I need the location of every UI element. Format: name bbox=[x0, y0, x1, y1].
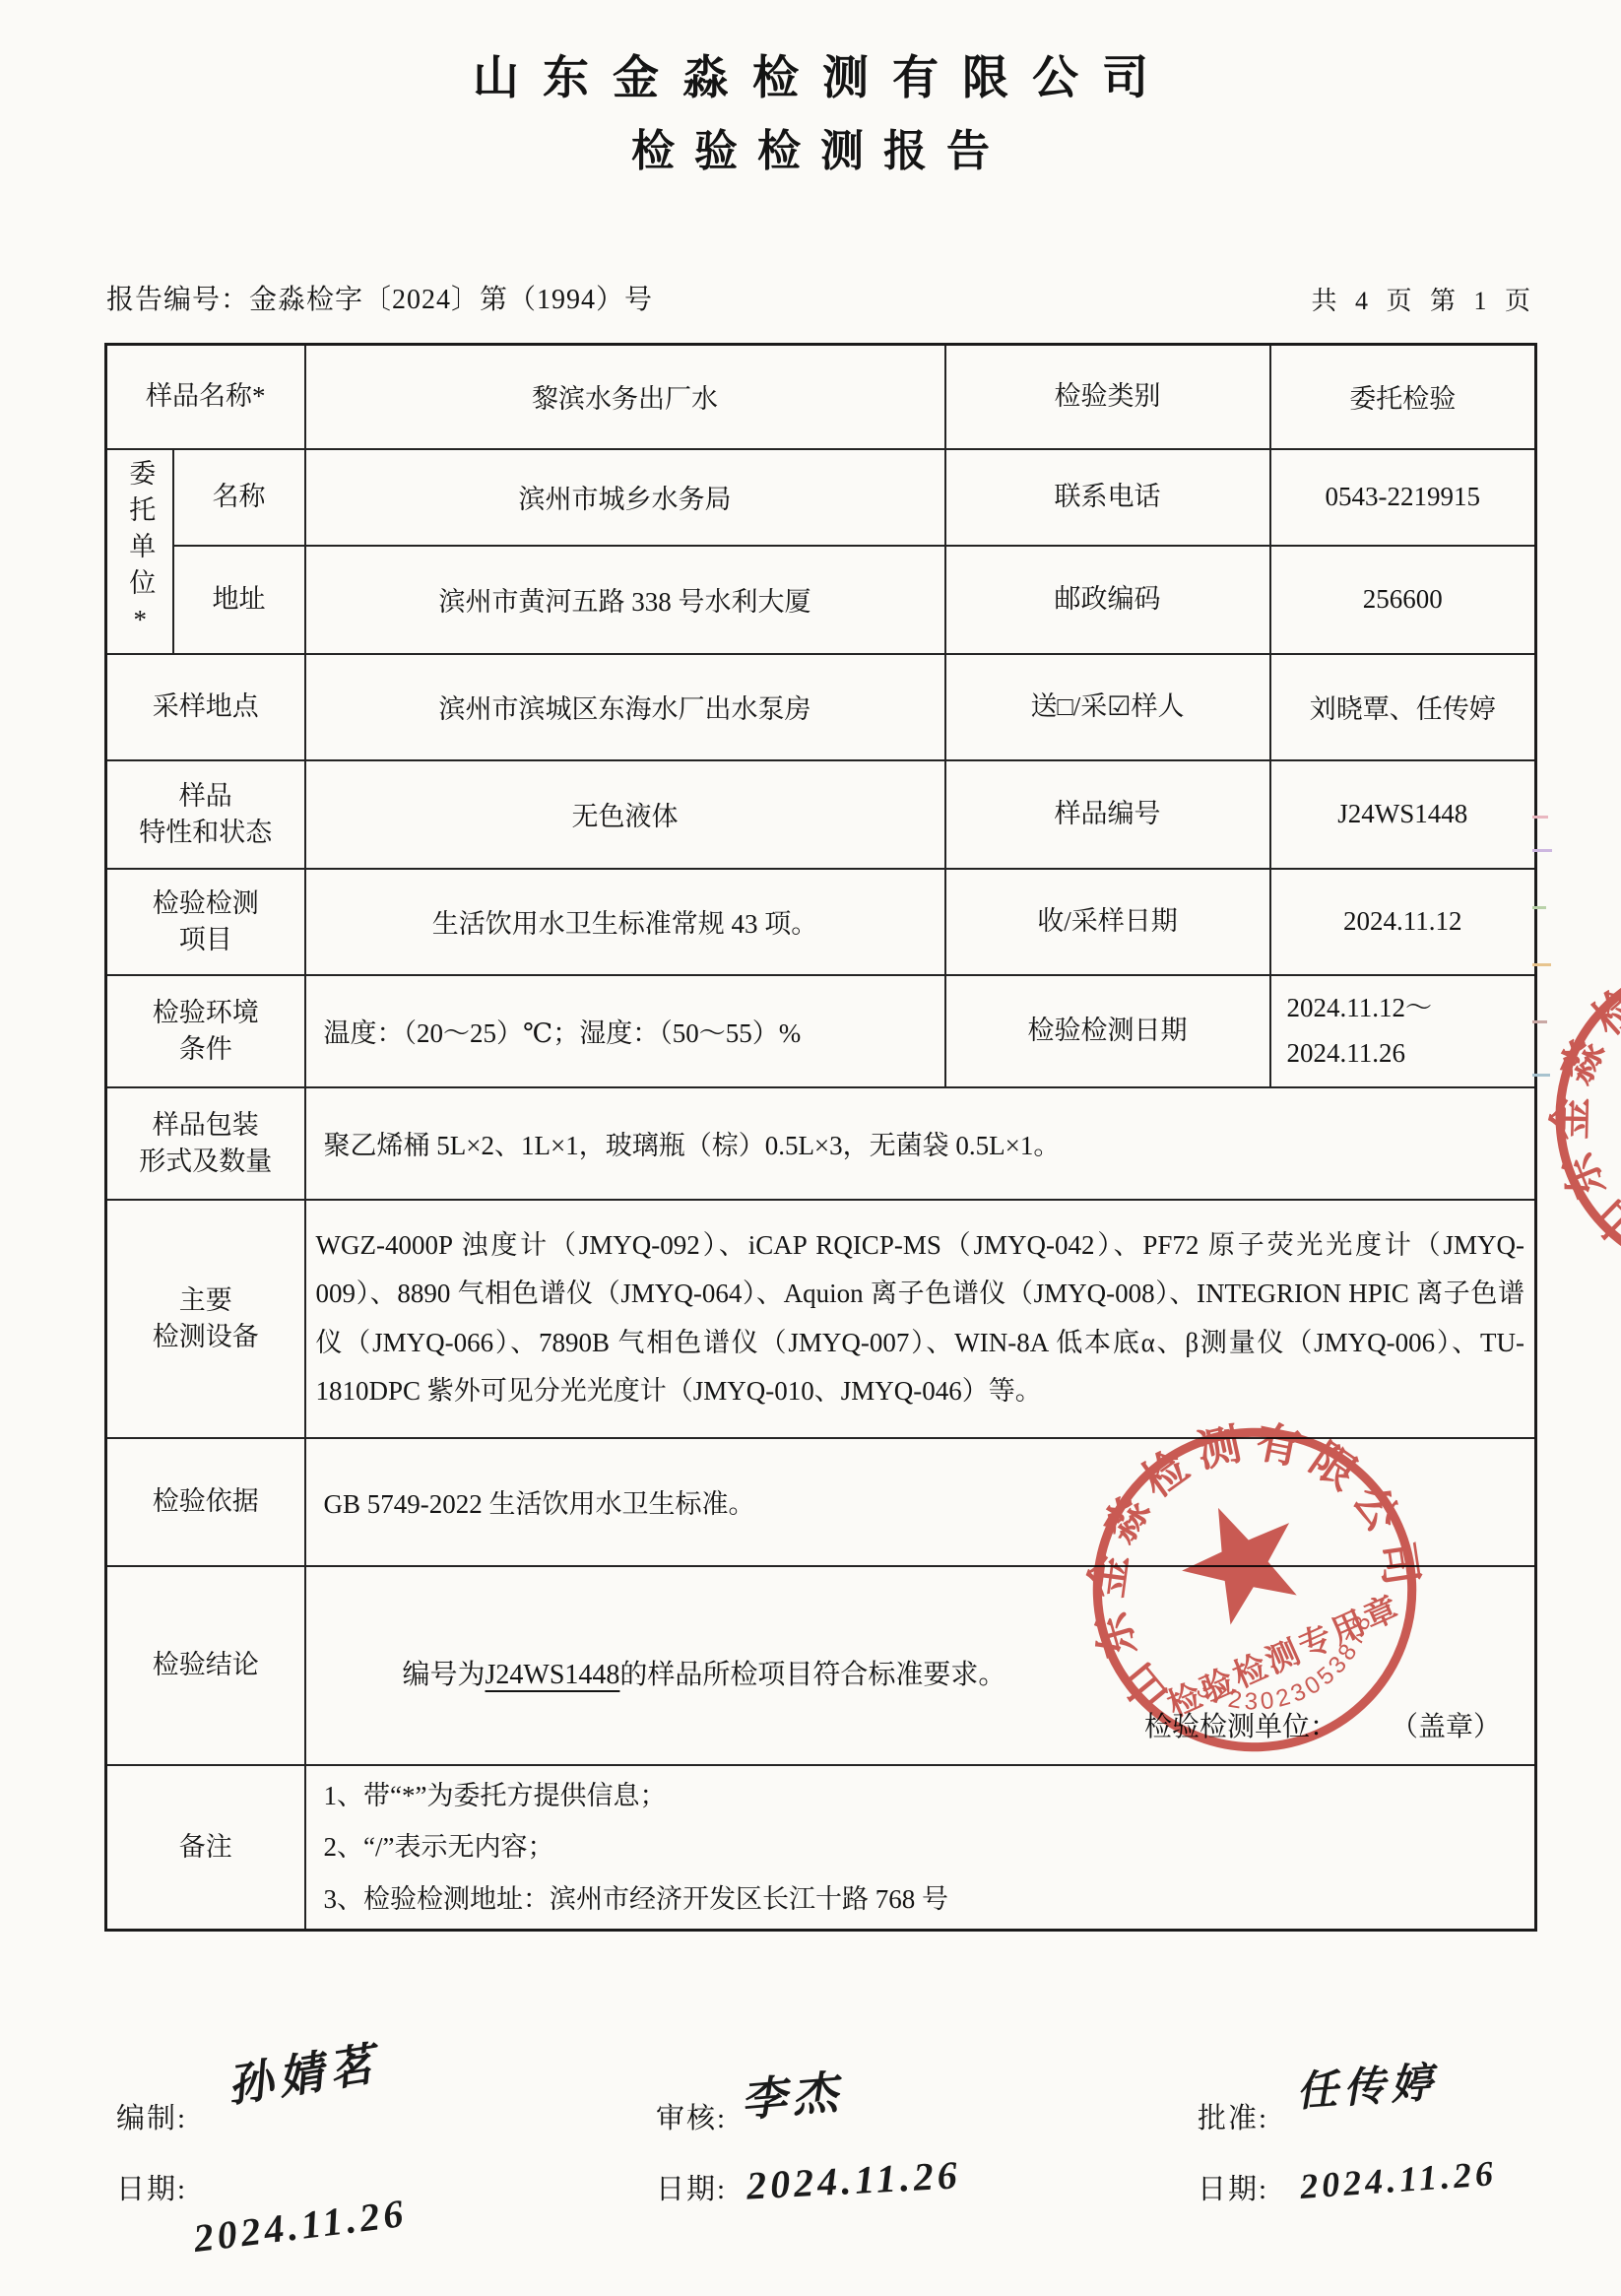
conclusion-text: 编号为J24WS1448的样品所检项目符合标准要求。 bbox=[316, 1653, 1525, 1692]
test-items-value: 生活饮用水卫生标准常规 43 项。 bbox=[305, 869, 945, 975]
prepared-label: 编制: bbox=[116, 2096, 187, 2136]
test-items-label-line2: 项目 bbox=[117, 922, 294, 957]
conclusion-unit-line: 检验检测单位： （盖章） bbox=[1144, 1705, 1501, 1744]
report-meta: 报告编号：金淼检字〔2024〕第（1994）号 共 4 页 第 1 页 bbox=[106, 278, 1536, 317]
sample-name-value: 黎滨水务出厂水 bbox=[305, 344, 945, 449]
conclusion-cell: 编号为J24WS1448的样品所检项目符合标准要求。 检验检测单位： （盖章） bbox=[305, 1566, 1536, 1765]
approved-block: 批准: 任传婷 日期: 2024.11.26 bbox=[1198, 2066, 1621, 2283]
row-equipment: 主要 检测设备 WGZ-4000P 浊度计（JMYQ-092）、iCAP RQI… bbox=[106, 1200, 1536, 1438]
receive-date-value: 2024.11.12 bbox=[1270, 869, 1536, 975]
test-date-label: 检验检测日期 bbox=[945, 975, 1270, 1087]
report-number: 报告编号：金淼检字〔2024〕第（1994）号 bbox=[106, 278, 653, 317]
sampling-site-value: 滨州市滨城区东海水厂出水泵房 bbox=[305, 654, 945, 760]
test-date-value: 2024.11.12～ 2024.11.26 bbox=[1270, 975, 1536, 1087]
row-sample-name: 样品名称* 黎滨水务出厂水 检验类别 委托检验 bbox=[106, 344, 1536, 449]
report-page: 山东金淼检测有限公司 检验检测报告 报告编号：金淼检字〔2024〕第（1994）… bbox=[0, 0, 1621, 2296]
phone-label: 联系电话 bbox=[945, 449, 1270, 546]
test-items-label-line1: 检验检测 bbox=[117, 886, 294, 921]
packaging-label: 样品包装 形式及数量 bbox=[106, 1087, 305, 1200]
test-date-to: 2024.11.26 bbox=[1281, 1031, 1525, 1077]
row-sample-state: 样品 特性和状态 无色液体 样品编号 J24WS1448 bbox=[106, 760, 1536, 869]
approved-signature: 任传婷 bbox=[1294, 2050, 1440, 2119]
reviewed-block: 审核: 李杰 日期: 2024.11.26 bbox=[656, 2066, 1129, 2283]
prepared-signature: 孙婧茗 bbox=[223, 2027, 384, 2116]
address-value: 滨州市黄河五路 338 号水利大厦 bbox=[305, 546, 945, 654]
prepared-date: 2024.11.26 bbox=[191, 2190, 410, 2262]
signature-footer: 编制: 孙婧茗 日期: 2024.11.26 审核: 李杰 日期: 2024.1… bbox=[106, 2066, 1544, 2283]
postcode-label: 邮政编码 bbox=[945, 546, 1270, 654]
reviewed-date-label: 日期: bbox=[656, 2167, 727, 2207]
conclusion-sample-no: J24WS1448 bbox=[486, 1660, 620, 1690]
row-sampling-site: 采样地点 滨州市滨城区东海水厂出水泵房 送□/采☑样人 刘晓覃、任传婷 bbox=[106, 654, 1536, 760]
row-packaging: 样品包装 形式及数量 聚乙烯桶 5L×2、1L×1，玻璃瓶（棕）0.5L×3，无… bbox=[106, 1087, 1536, 1200]
prepared-date-label: 日期: bbox=[116, 2167, 187, 2207]
receive-date-label: 收/采样日期 bbox=[945, 869, 1270, 975]
client-name-value: 滨州市城乡水务局 bbox=[305, 449, 945, 546]
sampler-value: 刘晓覃、任传婷 bbox=[1270, 654, 1536, 760]
prepared-block: 编制: 孙婧茗 日期: 2024.11.26 bbox=[116, 2066, 589, 2283]
sample-state-value: 无色液体 bbox=[305, 760, 945, 869]
scan-artifact bbox=[1532, 816, 1554, 1101]
equipment-value: WGZ-4000P 浊度计（JMYQ-092）、iCAP RQICP-MS（JM… bbox=[305, 1200, 1536, 1438]
sample-no-value: J24WS1448 bbox=[1270, 760, 1536, 869]
client-group-label: 委托单位* bbox=[126, 459, 153, 644]
conclusion-label: 检验结论 bbox=[106, 1566, 305, 1765]
row-conclusion: 检验结论 编号为J24WS1448的样品所检项目符合标准要求。 检验检测单位： … bbox=[106, 1566, 1536, 1765]
reviewed-label: 审核: bbox=[656, 2096, 727, 2136]
approved-label: 批准: bbox=[1198, 2096, 1268, 2136]
conclusion-suffix: 的样品所检项目符合标准要求。 bbox=[619, 1660, 1005, 1690]
equipment-label-line2: 检测设备 bbox=[117, 1319, 294, 1354]
row-basis: 检验依据 GB 5749-2022 生活饮用水卫生标准。 bbox=[106, 1438, 1536, 1566]
environment-label-line2: 条件 bbox=[117, 1031, 294, 1067]
postcode-value: 256600 bbox=[1270, 546, 1536, 654]
page-counter: 共 4 页 第 1 页 bbox=[1311, 281, 1536, 317]
packaging-label-line1: 样品包装 bbox=[117, 1107, 294, 1143]
seal-hint: （盖章） bbox=[1391, 1705, 1501, 1744]
equipment-label-line1: 主要 bbox=[117, 1282, 294, 1318]
client-group-cell: 委托单位* bbox=[106, 449, 173, 654]
reviewed-date: 2024.11.26 bbox=[746, 2151, 962, 2208]
inspection-type-value: 委托检验 bbox=[1270, 344, 1536, 449]
sampling-site-label: 采样地点 bbox=[106, 654, 305, 760]
sample-no-label: 样品编号 bbox=[945, 760, 1270, 869]
conclusion-prefix: 编号为 bbox=[403, 1660, 486, 1690]
note-line-1: 1、带“*”为委托方提供信息； bbox=[316, 1770, 1525, 1822]
sample-state-label: 样品 特性和状态 bbox=[106, 760, 305, 869]
test-date-from: 2024.11.12～ bbox=[1281, 986, 1525, 1031]
phone-value: 0543-2219915 bbox=[1270, 449, 1536, 546]
notes-label: 备注 bbox=[106, 1765, 305, 1931]
environment-label-line1: 检验环境 bbox=[117, 995, 294, 1030]
client-name-label: 名称 bbox=[173, 449, 305, 546]
company-title: 山东金淼检测有限公司 bbox=[0, 55, 1621, 103]
packaging-label-line2: 形式及数量 bbox=[117, 1144, 294, 1179]
unit-label: 检验检测单位： bbox=[1144, 1705, 1337, 1744]
reviewed-signature: 李杰 bbox=[738, 2057, 845, 2131]
row-client-address: 地址 滨州市黄河五路 338 号水利大厦 邮政编码 256600 bbox=[106, 546, 1536, 654]
basis-label: 检验依据 bbox=[106, 1438, 305, 1566]
sampler-label: 送□/采☑样人 bbox=[945, 654, 1270, 760]
title-block: 山东金淼检测有限公司 检验检测报告 bbox=[0, 0, 1621, 175]
note-line-2: 2、“/”表示无内容； bbox=[316, 1821, 1525, 1873]
row-client-name: 委托单位* 名称 滨州市城乡水务局 联系电话 0543-2219915 bbox=[106, 449, 1536, 546]
equipment-label: 主要 检测设备 bbox=[106, 1200, 305, 1438]
row-notes: 备注 1、带“*”为委托方提供信息； 2、“/”表示无内容； 3、检验检测地址：… bbox=[106, 1765, 1536, 1931]
packaging-value: 聚乙烯桶 5L×2、1L×1，玻璃瓶（棕）0.5L×3，无菌袋 0.5L×1。 bbox=[305, 1087, 1536, 1200]
environment-label: 检验环境 条件 bbox=[106, 975, 305, 1087]
report-title: 检验检测报告 bbox=[0, 129, 1621, 174]
sample-name-label: 样品名称* bbox=[106, 344, 305, 449]
notes-cell: 1、带“*”为委托方提供信息； 2、“/”表示无内容； 3、检验检测地址：滨州市… bbox=[305, 1765, 1536, 1931]
approved-date: 2024.11.26 bbox=[1299, 2152, 1498, 2207]
inspection-type-label: 检验类别 bbox=[945, 344, 1270, 449]
info-table: 样品名称* 黎滨水务出厂水 检验类别 委托检验 委托单位* 名称 滨州市城乡水务… bbox=[104, 343, 1537, 1933]
note-line-3: 3、检验检测地址：滨州市经济开发区长江十路 768 号 bbox=[316, 1873, 1525, 1926]
sample-state-label-line2: 特性和状态 bbox=[117, 815, 294, 850]
test-items-label: 检验检测 项目 bbox=[106, 869, 305, 975]
environment-value: 温度：（20～25）℃；湿度：（50～55）% bbox=[305, 975, 945, 1087]
row-test-items: 检验检测 项目 生活饮用水卫生标准常规 43 项。 收/采样日期 2024.11… bbox=[106, 869, 1536, 975]
row-environment: 检验环境 条件 温度：（20～25）℃；湿度：（50～55）% 检验检测日期 2… bbox=[106, 975, 1536, 1087]
basis-value: GB 5749-2022 生活饮用水卫生标准。 bbox=[305, 1438, 1536, 1566]
address-label: 地址 bbox=[173, 546, 305, 654]
sample-state-label-line1: 样品 bbox=[117, 778, 294, 814]
approved-date-label: 日期: bbox=[1198, 2167, 1268, 2207]
